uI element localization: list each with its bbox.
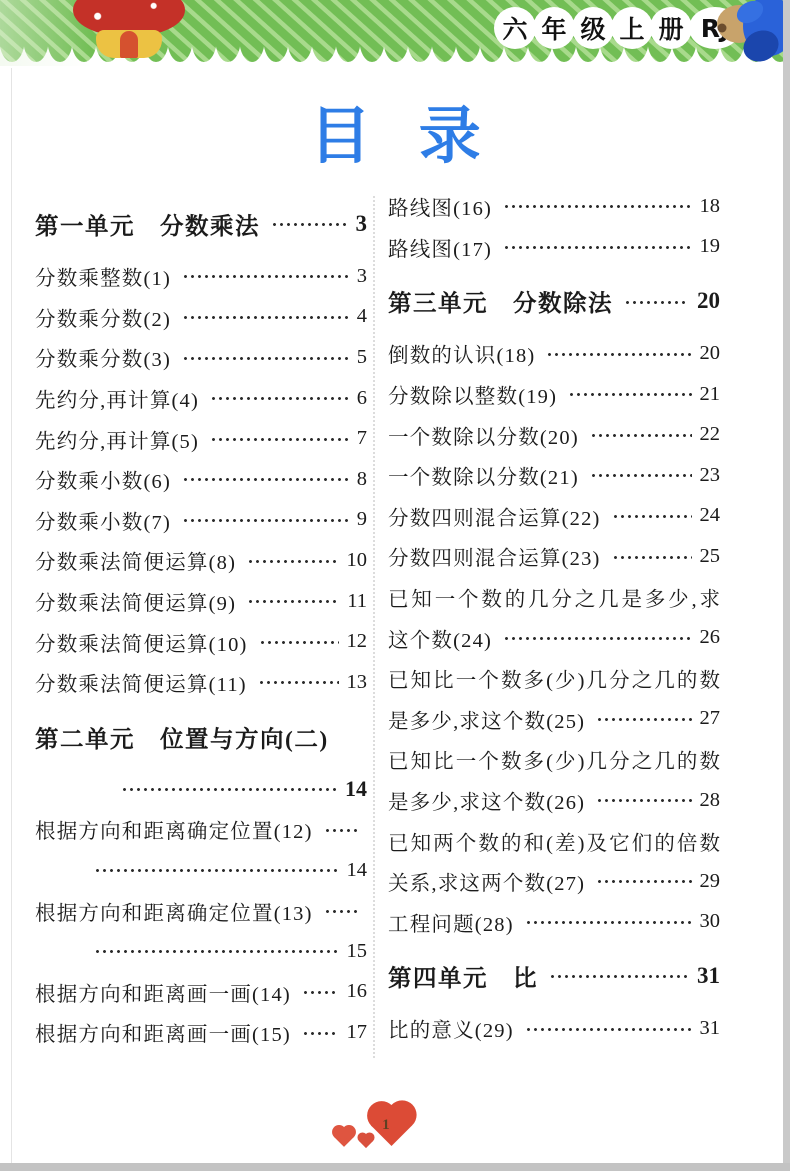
toc-entry-text: 第四单元 比 xyxy=(388,959,538,993)
toc-page-number: 22 xyxy=(700,423,721,446)
dot-leader xyxy=(180,459,349,500)
toc-entry: 分数乘法简便运算(11)13 xyxy=(35,662,367,703)
toc-entry-text: 分数乘小数(6) xyxy=(35,464,171,494)
dot-leader xyxy=(269,200,348,248)
toc-entry: 先约分,再计算(4)6 xyxy=(35,378,367,419)
toc-left-column: 第一单元 分数乘法3分数乘整数(1)3分数乘分数(2)4分数乘分数(3)5先约分… xyxy=(35,200,367,1053)
toc-entry: 倒数的认识(18)20 xyxy=(388,333,720,374)
toc-entry-text: 先约分,再计算(5) xyxy=(35,424,199,454)
toc-entry-text: 分数乘分数(2) xyxy=(35,302,171,332)
dot-leader xyxy=(300,1012,339,1053)
toc-entry-text: 关系,求这两个数(27) xyxy=(388,866,585,896)
toc-entry: 根据方向和距离确定位置(13) xyxy=(35,890,367,931)
toc-entry-text: 一个数除以分数(20) xyxy=(388,420,579,450)
grade-bubble: 六 xyxy=(494,7,536,49)
heart-icon-small xyxy=(334,1127,354,1147)
scan-edge-left xyxy=(11,68,12,1163)
dot-leader xyxy=(610,536,692,577)
dot-leader xyxy=(180,337,349,378)
dot-leader xyxy=(501,227,691,268)
scan-edge-right xyxy=(783,0,790,1171)
toc-page-number: 4 xyxy=(357,305,367,328)
dot-leader xyxy=(501,186,691,227)
toc-entry-text: 先约分,再计算(4) xyxy=(35,383,199,413)
toc-page-number: 5 xyxy=(357,346,367,369)
toc-entry: 已知比一个数多(少)几分之几的数 xyxy=(388,739,720,780)
toc-entry-text: 倒数的认识(18) xyxy=(388,338,535,368)
toc-entry-text: 分数乘整数(1) xyxy=(35,261,171,291)
dot-leader xyxy=(180,500,349,541)
toc-entry: 分数乘小数(6)8 xyxy=(35,459,367,500)
toc-entry-text: 已知比一个数多(少)几分之几的数 xyxy=(388,744,720,774)
dot-leader xyxy=(180,256,349,297)
toc-entry-text: 工程问题(28) xyxy=(388,907,514,937)
toc-page-number: 26 xyxy=(700,626,721,649)
toc-entry: 先约分,再计算(5)7 xyxy=(35,418,367,459)
toc-entry-text: 分数四则混合运算(23) xyxy=(388,541,601,571)
dot-leader xyxy=(322,890,359,931)
toc-entry-text: 根据方向和距离画一画(15) xyxy=(35,1017,291,1047)
toc-entry: 是多少,求这个数(25)27 xyxy=(388,699,720,740)
toc-entry-text: 这个数(24) xyxy=(388,623,492,653)
toc-entry: 根据方向和距离确定位置(12) xyxy=(35,809,367,850)
toc-entry-text: 已知一个数的几分之几是多少,求 xyxy=(388,582,720,612)
toc-page-number: 20 xyxy=(697,288,720,314)
toc-entry: 根据方向和距离画一画(15)17 xyxy=(35,1012,367,1053)
toc-entry: 根据方向和距离画一画(14)16 xyxy=(35,972,367,1013)
toc-entry-text: 已知比一个数多(少)几分之几的数 xyxy=(388,663,720,693)
parrot-icon xyxy=(705,0,785,64)
dot-leader xyxy=(622,277,689,325)
toc-entry-text: 分数乘分数(3) xyxy=(35,342,171,372)
toc-page-number: 16 xyxy=(347,980,368,1003)
toc-entry-text: 分数乘法简便运算(9) xyxy=(35,586,236,616)
dot-leader xyxy=(523,1008,692,1049)
toc-page-number: 23 xyxy=(700,464,721,487)
grade-bubble: 年 xyxy=(533,7,575,49)
title-char-1: 目 xyxy=(309,86,371,175)
toc-page-number: 27 xyxy=(700,707,721,730)
toc-page-number: 12 xyxy=(347,630,368,653)
toc-page-number: 29 xyxy=(700,870,721,893)
toc-entry: 关系,求这两个数(27)29 xyxy=(388,861,720,902)
dot-leader xyxy=(322,809,359,850)
dot-leader xyxy=(119,769,337,810)
toc-entry-text: 第一单元 分数乘法 xyxy=(35,207,260,241)
page-title: 目 录 xyxy=(0,86,790,175)
toc-entry-text: 一个数除以分数(21) xyxy=(388,460,579,490)
toc-entry: 分数乘分数(2)4 xyxy=(35,297,367,338)
dot-leader xyxy=(245,581,339,622)
page-footer: 1 xyxy=(0,1096,790,1156)
toc-entry: 比的意义(29)31 xyxy=(388,1008,720,1049)
dot-leader xyxy=(300,972,339,1013)
grade-bubble: 上 xyxy=(611,7,653,49)
toc-entry-text: 分数乘法简便运算(8) xyxy=(35,545,236,575)
toc-entry: 一个数除以分数(20)22 xyxy=(388,414,720,455)
toc-entry-text: 根据方向和距离确定位置(12) xyxy=(35,814,313,844)
toc-page-number: 17 xyxy=(347,1021,368,1044)
toc-entry: 分数乘法简便运算(10)12 xyxy=(35,621,367,662)
dot-leader xyxy=(594,780,691,821)
toc-page-number: 30 xyxy=(700,910,721,933)
toc-entry: 一个数除以分数(21)23 xyxy=(388,455,720,496)
title-char-2: 录 xyxy=(419,86,481,175)
dot-leader xyxy=(566,374,691,415)
scan-edge-bottom xyxy=(0,1163,790,1171)
toc-entry: 是多少,求这个数(26)28 xyxy=(388,780,720,821)
toc-page-number: 6 xyxy=(357,387,367,410)
toc-unit-heading: 第二单元 位置与方向(二) xyxy=(35,713,367,761)
page-number: 1 xyxy=(371,1117,400,1134)
dot-leader xyxy=(594,699,691,740)
toc-entry-text: 分数乘小数(7) xyxy=(35,505,171,535)
dot-leader xyxy=(256,662,339,703)
toc-entry: 分数乘分数(3)5 xyxy=(35,337,367,378)
toc-entry: 分数四则混合运算(22)24 xyxy=(388,496,720,537)
toc-page-number: 3 xyxy=(357,265,367,288)
toc-page-number: 20 xyxy=(700,342,721,365)
toc-entry: 已知两个数的和(差)及它们的倍数 xyxy=(388,820,720,861)
toc-page-number: 31 xyxy=(697,963,720,989)
toc-page-number: 14 xyxy=(345,776,367,802)
dot-leader xyxy=(257,621,339,662)
toc-entry-text: 根据方向和距离确定位置(13) xyxy=(35,896,313,926)
toc-page-number: 25 xyxy=(700,545,721,568)
toc-page-number: 28 xyxy=(700,789,721,812)
toc-entry: 路线图(17)19 xyxy=(388,227,720,268)
toc-entry: 工程问题(28)30 xyxy=(388,902,720,943)
toc-entry-text: 第三单元 分数除法 xyxy=(388,284,613,318)
toc-page-number: 11 xyxy=(347,590,367,613)
toc-entry-text: 已知两个数的和(差)及它们的倍数 xyxy=(388,826,720,856)
toc-page-number: 10 xyxy=(347,549,368,572)
toc-right-column: 路线图(16)18路线图(17)19第三单元 分数除法20倒数的认识(18)20… xyxy=(388,186,720,1049)
dot-leader xyxy=(180,297,349,338)
toc-entry: 已知比一个数多(少)几分之几的数 xyxy=(388,658,720,699)
toc-entry-text: 分数四则混合运算(22) xyxy=(388,501,601,531)
toc-page-number: 24 xyxy=(700,504,721,527)
dot-leader xyxy=(92,931,339,972)
toc-page-number: 14 xyxy=(347,859,368,882)
dot-leader xyxy=(610,496,692,537)
dot-leader xyxy=(588,455,692,496)
toc-entry: 14 xyxy=(35,769,367,810)
toc-entry: 分数乘法简便运算(8)10 xyxy=(35,540,367,581)
toc-unit-heading: 第四单元 比31 xyxy=(388,952,720,1000)
toc-entry-text: 分数除以整数(19) xyxy=(388,379,557,409)
toc-entry: 分数乘整数(1)3 xyxy=(35,256,367,297)
toc-unit-heading: 第三单元 分数除法20 xyxy=(388,277,720,325)
dot-leader xyxy=(208,418,349,459)
column-divider xyxy=(373,196,375,1058)
dot-leader xyxy=(208,378,349,419)
dot-leader xyxy=(92,850,339,891)
toc-entry: 分数乘法简便运算(9)11 xyxy=(35,581,367,622)
toc-entry: 14 xyxy=(35,850,367,891)
toc-entry-text: 是多少,求这个数(25) xyxy=(388,704,585,734)
mushroom-house-icon xyxy=(73,0,185,66)
grade-bubble: 级 xyxy=(572,7,614,49)
toc-entry-text: 根据方向和距离画一画(14) xyxy=(35,977,291,1007)
toc-entry: 分数四则混合运算(23)25 xyxy=(388,536,720,577)
toc-entry: 15 xyxy=(35,931,367,972)
dot-leader xyxy=(588,414,692,455)
toc-page-number: 3 xyxy=(356,211,368,237)
toc-entry-text: 路线图(16) xyxy=(388,191,492,221)
dot-leader xyxy=(523,902,692,943)
heart-icon-tiny xyxy=(359,1134,373,1148)
toc-entry-text: 分数乘法简便运算(11) xyxy=(35,667,247,697)
toc-entry-text: 比的意义(29) xyxy=(388,1013,514,1043)
toc-entry: 已知一个数的几分之几是多少,求 xyxy=(388,577,720,618)
toc-entry: 路线图(16)18 xyxy=(388,186,720,227)
toc-entry-text: 第二单元 位置与方向(二) xyxy=(35,720,329,754)
toc-page-number: 15 xyxy=(347,940,368,963)
toc-page-number: 21 xyxy=(700,383,721,406)
dot-leader xyxy=(594,861,691,902)
toc-page-number: 8 xyxy=(357,468,367,491)
toc-entry: 分数乘小数(7)9 xyxy=(35,500,367,541)
toc-entry-text: 分数乘法简便运算(10) xyxy=(35,627,248,657)
dot-leader xyxy=(501,617,691,658)
toc-page-number: 9 xyxy=(357,508,367,531)
toc-page-number: 18 xyxy=(700,195,721,218)
toc-entry: 这个数(24)26 xyxy=(388,617,720,658)
top-banner: 六年级上册RJ xyxy=(0,0,790,66)
toc-unit-heading: 第一单元 分数乘法3 xyxy=(35,200,367,248)
toc-page-number: 19 xyxy=(700,235,721,258)
mushroom-door xyxy=(120,31,138,58)
toc-page-number: 13 xyxy=(347,671,368,694)
scanned-book-page: 六年级上册RJ 目 录 第一单元 分数乘法3分数乘整数(1)3分数乘分数(2)4… xyxy=(0,0,790,1171)
toc-entry-text: 路线图(17) xyxy=(388,232,492,262)
toc-page-number: 7 xyxy=(357,427,367,450)
dot-leader xyxy=(245,540,338,581)
dot-leader xyxy=(547,952,689,1000)
toc-entry: 分数除以整数(19)21 xyxy=(388,374,720,415)
grade-bubble: 册 xyxy=(650,7,692,49)
toc-page-number: 31 xyxy=(700,1017,721,1040)
dot-leader xyxy=(544,333,691,374)
heart-icon-page-number: 1 xyxy=(371,1105,412,1146)
toc-entry-text: 是多少,求这个数(26) xyxy=(388,785,585,815)
